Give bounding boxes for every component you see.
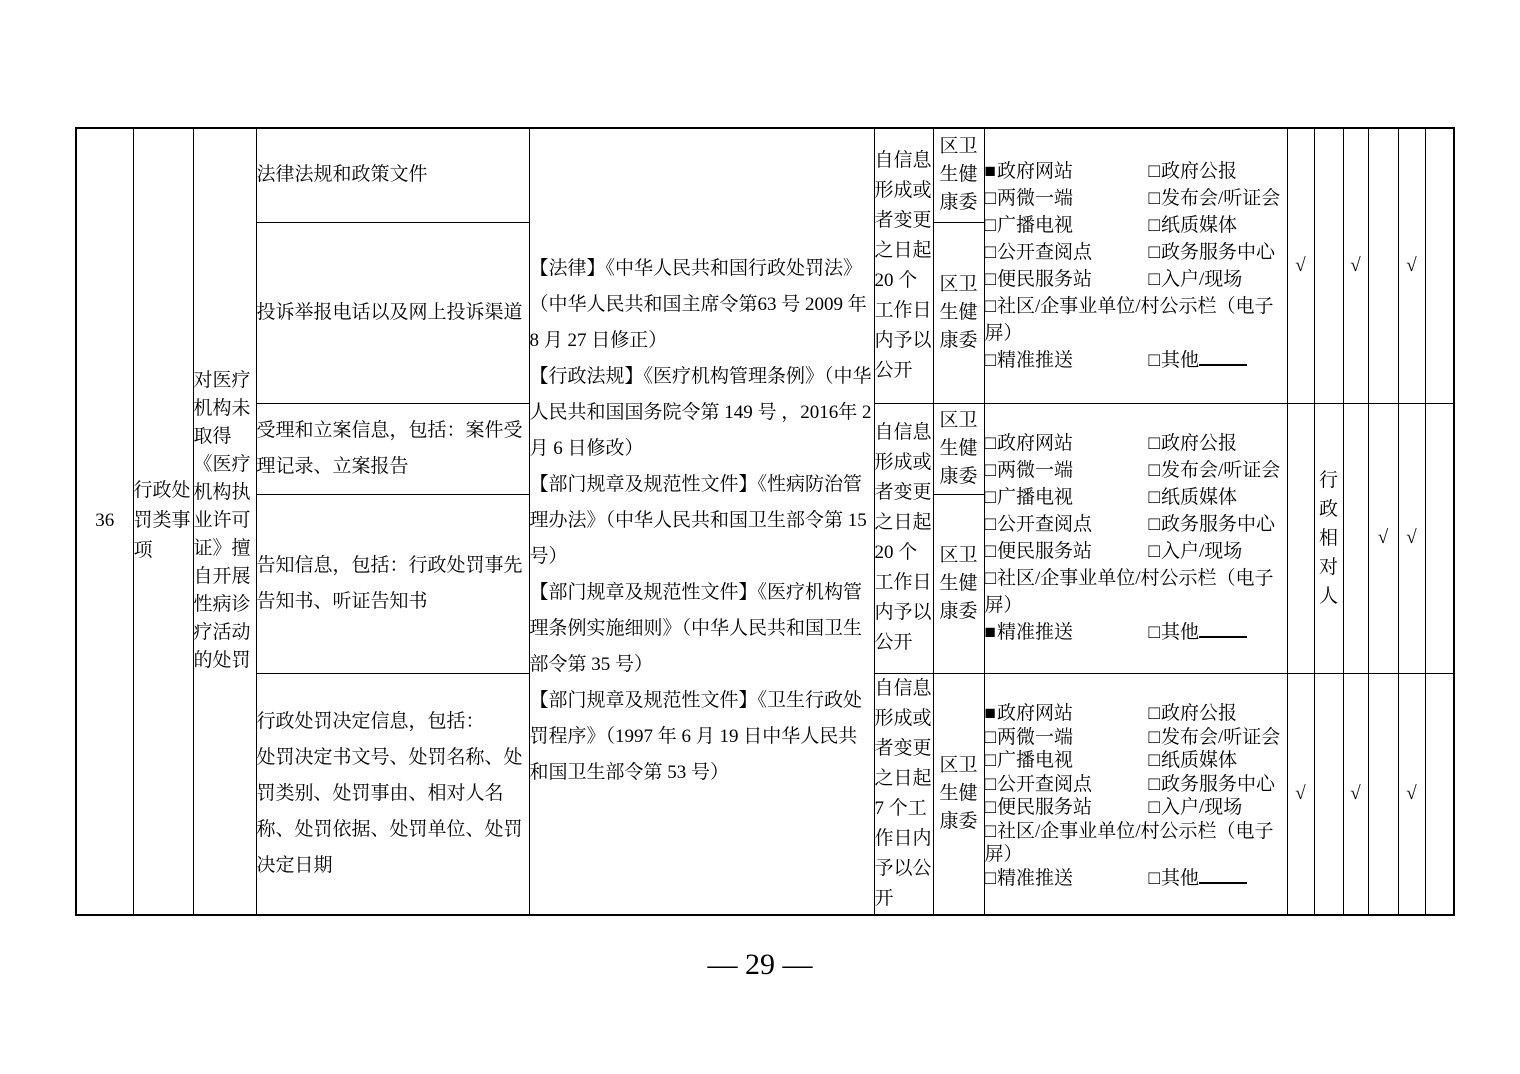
legal-basis-cell: 【法律】《中华人民共和国行政处罚法》（中华人民共和国主席令第63 号 2009 …	[529, 128, 874, 915]
channel-option: □发布会/听证会	[1149, 185, 1287, 212]
mark-cell	[1425, 403, 1454, 673]
deadline-cell: 自信息形成或者变更之日起20 个工作日内予以公开	[874, 403, 933, 673]
channel-option: □广播电视	[985, 484, 1149, 511]
checkbox-empty-icon: □	[985, 727, 996, 748]
mark-cell	[1368, 128, 1398, 403]
blank-underline	[1199, 622, 1247, 638]
channel-option: □其他	[1149, 867, 1287, 891]
channel-option: □便民服务站	[985, 266, 1149, 293]
channel-option: □广播电视	[985, 212, 1149, 239]
mark-cell: √	[1368, 403, 1398, 673]
mark-cell: √	[1343, 128, 1368, 403]
channel-option: □精准推送	[985, 347, 1149, 374]
mark-cell	[1314, 673, 1343, 915]
channel-option: □公开查阅点	[985, 239, 1149, 266]
checkbox-empty-icon: □	[1149, 460, 1160, 481]
document-page: 36 行政处罚类事项 对医疗机构未取得《医疗机构执业许可证》擅自开展性病诊疗活动…	[75, 127, 1455, 916]
content-cell: 告知信息，包括：行政处罚事先告知书、听证告知书	[256, 494, 529, 673]
checkbox-empty-icon: □	[1149, 242, 1160, 263]
channel-option: □政府网站	[985, 430, 1149, 457]
mark-cell: √	[1398, 128, 1425, 403]
mark-cell: √	[1287, 128, 1314, 403]
channel-option: □纸质媒体	[1149, 212, 1287, 239]
checkbox-empty-icon: □	[1149, 622, 1160, 643]
channel-option: □政府公报	[1149, 702, 1287, 726]
mark-cell: √	[1398, 673, 1425, 915]
mark-cell: √	[1287, 673, 1314, 915]
checkbox-empty-icon: □	[1149, 868, 1160, 889]
checkbox-empty-icon: □	[1149, 433, 1160, 454]
checkbox-empty-icon: □	[985, 487, 996, 508]
mark-cell: √	[1343, 673, 1368, 915]
checkbox-empty-icon: □	[985, 460, 996, 481]
legal-entry: 【部门规章及规范性文件】《卫生行政处罚程序》（1997 年 6 月 19 日中华…	[530, 683, 874, 791]
channel-option: □入户/现场	[1149, 538, 1287, 565]
channel-option: □其他	[1149, 347, 1287, 374]
checkbox-empty-icon: □	[985, 514, 996, 535]
checkbox-empty-icon: □	[1149, 514, 1160, 535]
checkbox-empty-icon: □	[985, 568, 996, 589]
channel-option: □两微一端	[985, 726, 1149, 750]
target-audience-cell: 行政相对人	[1314, 403, 1343, 673]
content-cell: 法律法规和政策文件	[256, 128, 529, 222]
checkbox-empty-icon: □	[985, 774, 996, 795]
channel-option: □政务服务中心	[1149, 239, 1287, 266]
legal-entry: 【部门规章及规范性文件】《医疗机构管理条例实施细则》（中华人民共和国卫生部令第 …	[530, 575, 874, 683]
channel-option: □入户/现场	[1149, 266, 1287, 293]
channels-cell: □政府网站□政府公报□两微一端□发布会/听证会□广播电视□纸质媒体□公开查阅点□…	[984, 403, 1287, 673]
mark-cell	[1287, 403, 1314, 673]
channel-option: □其他	[1149, 619, 1287, 646]
checkbox-empty-icon: □	[985, 868, 996, 889]
checkbox-empty-icon: □	[1149, 774, 1160, 795]
channel-option: □公开查阅点	[985, 511, 1149, 538]
checkbox-empty-icon: □	[985, 242, 996, 263]
channel-option: □两微一端	[985, 185, 1149, 212]
content-line: 处罚决定书文号、处罚名称、处罚类别、处罚事由、相对人名称、处罚依据、处罚单位、处…	[257, 740, 529, 884]
channel-option: □两微一端	[985, 457, 1149, 484]
checkbox-checked-icon: ■	[985, 161, 996, 182]
checkbox-checked-icon: ■	[985, 622, 996, 643]
content-line: 行政处罚决定信息，包括：	[257, 704, 529, 740]
channel-option: □入户/现场	[1149, 796, 1287, 820]
checkbox-checked-icon: ■	[985, 703, 996, 724]
channel-option: ■政府网站	[985, 158, 1149, 185]
item-name-cell: 对医疗机构未取得《医疗机构执业许可证》擅自开展性病诊疗活动的处罚	[193, 128, 256, 915]
category-cell: 行政处罚类事项	[133, 128, 193, 915]
checkbox-empty-icon: □	[1149, 269, 1160, 290]
checkbox-empty-icon: □	[985, 296, 996, 317]
mark-cell	[1425, 128, 1454, 403]
channel-option: □精准推送	[985, 867, 1149, 891]
subject-cell: 区卫生健康委	[933, 128, 984, 222]
channel-option: □政务服务中心	[1149, 511, 1287, 538]
subject-cell: 区卫生健康委	[933, 222, 984, 403]
channel-option: □政务服务中心	[1149, 773, 1287, 797]
checkbox-empty-icon: □	[1149, 161, 1160, 182]
mark-cell: √	[1398, 403, 1425, 673]
deadline-cell: 自信息形成或者变更之日起20 个工作日内予以公开	[874, 128, 933, 403]
channel-option: □政府公报	[1149, 430, 1287, 457]
checkbox-empty-icon: □	[985, 215, 996, 236]
channel-option: □政府公报	[1149, 158, 1287, 185]
checkbox-empty-icon: □	[985, 797, 996, 818]
mark-cell	[1343, 403, 1368, 673]
checkbox-empty-icon: □	[985, 350, 996, 371]
blank-underline	[1199, 868, 1247, 884]
deadline-cell: 自信息形成或者变更之日起7 个工作日内予以公开	[874, 673, 933, 915]
legal-entry: 【行政法规】《医疗机构管理条例》（中华人民共和国国务院令第 149 号 ，201…	[530, 359, 874, 467]
checkbox-empty-icon: □	[985, 188, 996, 209]
checkbox-empty-icon: □	[985, 269, 996, 290]
channels-cell: ■政府网站□政府公报□两微一端□发布会/听证会□广播电视□纸质媒体□公开查阅点□…	[984, 673, 1287, 915]
checkbox-empty-icon: □	[985, 821, 996, 842]
checkbox-empty-icon: □	[1149, 750, 1160, 771]
channel-option: □发布会/听证会	[1149, 457, 1287, 484]
blank-underline	[1199, 350, 1247, 366]
channel-option: □纸质媒体	[1149, 484, 1287, 511]
disclosure-table: 36 行政处罚类事项 对医疗机构未取得《医疗机构执业许可证》擅自开展性病诊疗活动…	[75, 127, 1455, 916]
channel-option: □便民服务站	[985, 796, 1149, 820]
checkbox-empty-icon: □	[985, 750, 996, 771]
checkbox-empty-icon: □	[1149, 350, 1160, 371]
checkbox-empty-icon: □	[1149, 487, 1160, 508]
checkbox-empty-icon: □	[1149, 797, 1160, 818]
subject-cell: 区卫生健康委	[933, 673, 984, 915]
channel-option: □社区/企事业单位/村公示栏（电子屏）	[985, 293, 1287, 347]
checkbox-empty-icon: □	[1149, 727, 1160, 748]
channel-option: □便民服务站	[985, 538, 1149, 565]
content-cell: 行政处罚决定信息，包括： 处罚决定书文号、处罚名称、处罚类别、处罚事由、相对人名…	[256, 673, 529, 915]
legal-entry: 【部门规章及规范性文件】《性病防治管理办法》（中华人民共和国卫生部令第 15号）	[530, 467, 874, 575]
channel-option: □公开查阅点	[985, 773, 1149, 797]
checkbox-empty-icon: □	[985, 541, 996, 562]
channel-option: □广播电视	[985, 749, 1149, 773]
channel-option: □社区/企事业单位/村公示栏（电子屏）	[985, 820, 1287, 867]
channel-option: □纸质媒体	[1149, 749, 1287, 773]
checkbox-empty-icon: □	[1149, 703, 1160, 724]
checkbox-empty-icon: □	[985, 433, 996, 454]
subject-cell: 区卫生健康委	[933, 494, 984, 673]
seq-cell: 36	[76, 128, 133, 915]
checkbox-empty-icon: □	[1149, 215, 1160, 236]
legal-entry: 【法律】《中华人民共和国行政处罚法》（中华人民共和国主席令第63 号 2009 …	[530, 251, 874, 359]
content-cell: 受理和立案信息，包括：案件受理记录、立案报告	[256, 403, 529, 494]
channels-cell: ■政府网站□政府公报□两微一端□发布会/听证会□广播电视□纸质媒体□公开查阅点□…	[984, 128, 1287, 403]
subject-cell: 区卫生健康委	[933, 403, 984, 494]
content-cell: 投诉举报电话以及网上投诉渠道	[256, 222, 529, 403]
mark-cell	[1314, 128, 1343, 403]
channel-option: ■精准推送	[985, 619, 1149, 646]
channel-option: □社区/企事业单位/村公示栏（电子屏）	[985, 565, 1287, 619]
checkbox-empty-icon: □	[1149, 188, 1160, 209]
mark-cell	[1368, 673, 1398, 915]
channel-option: ■政府网站	[985, 702, 1149, 726]
mark-cell	[1425, 673, 1454, 915]
channel-option: □发布会/听证会	[1149, 726, 1287, 750]
checkbox-empty-icon: □	[1149, 541, 1160, 562]
page-number: — 29 —	[0, 948, 1520, 982]
